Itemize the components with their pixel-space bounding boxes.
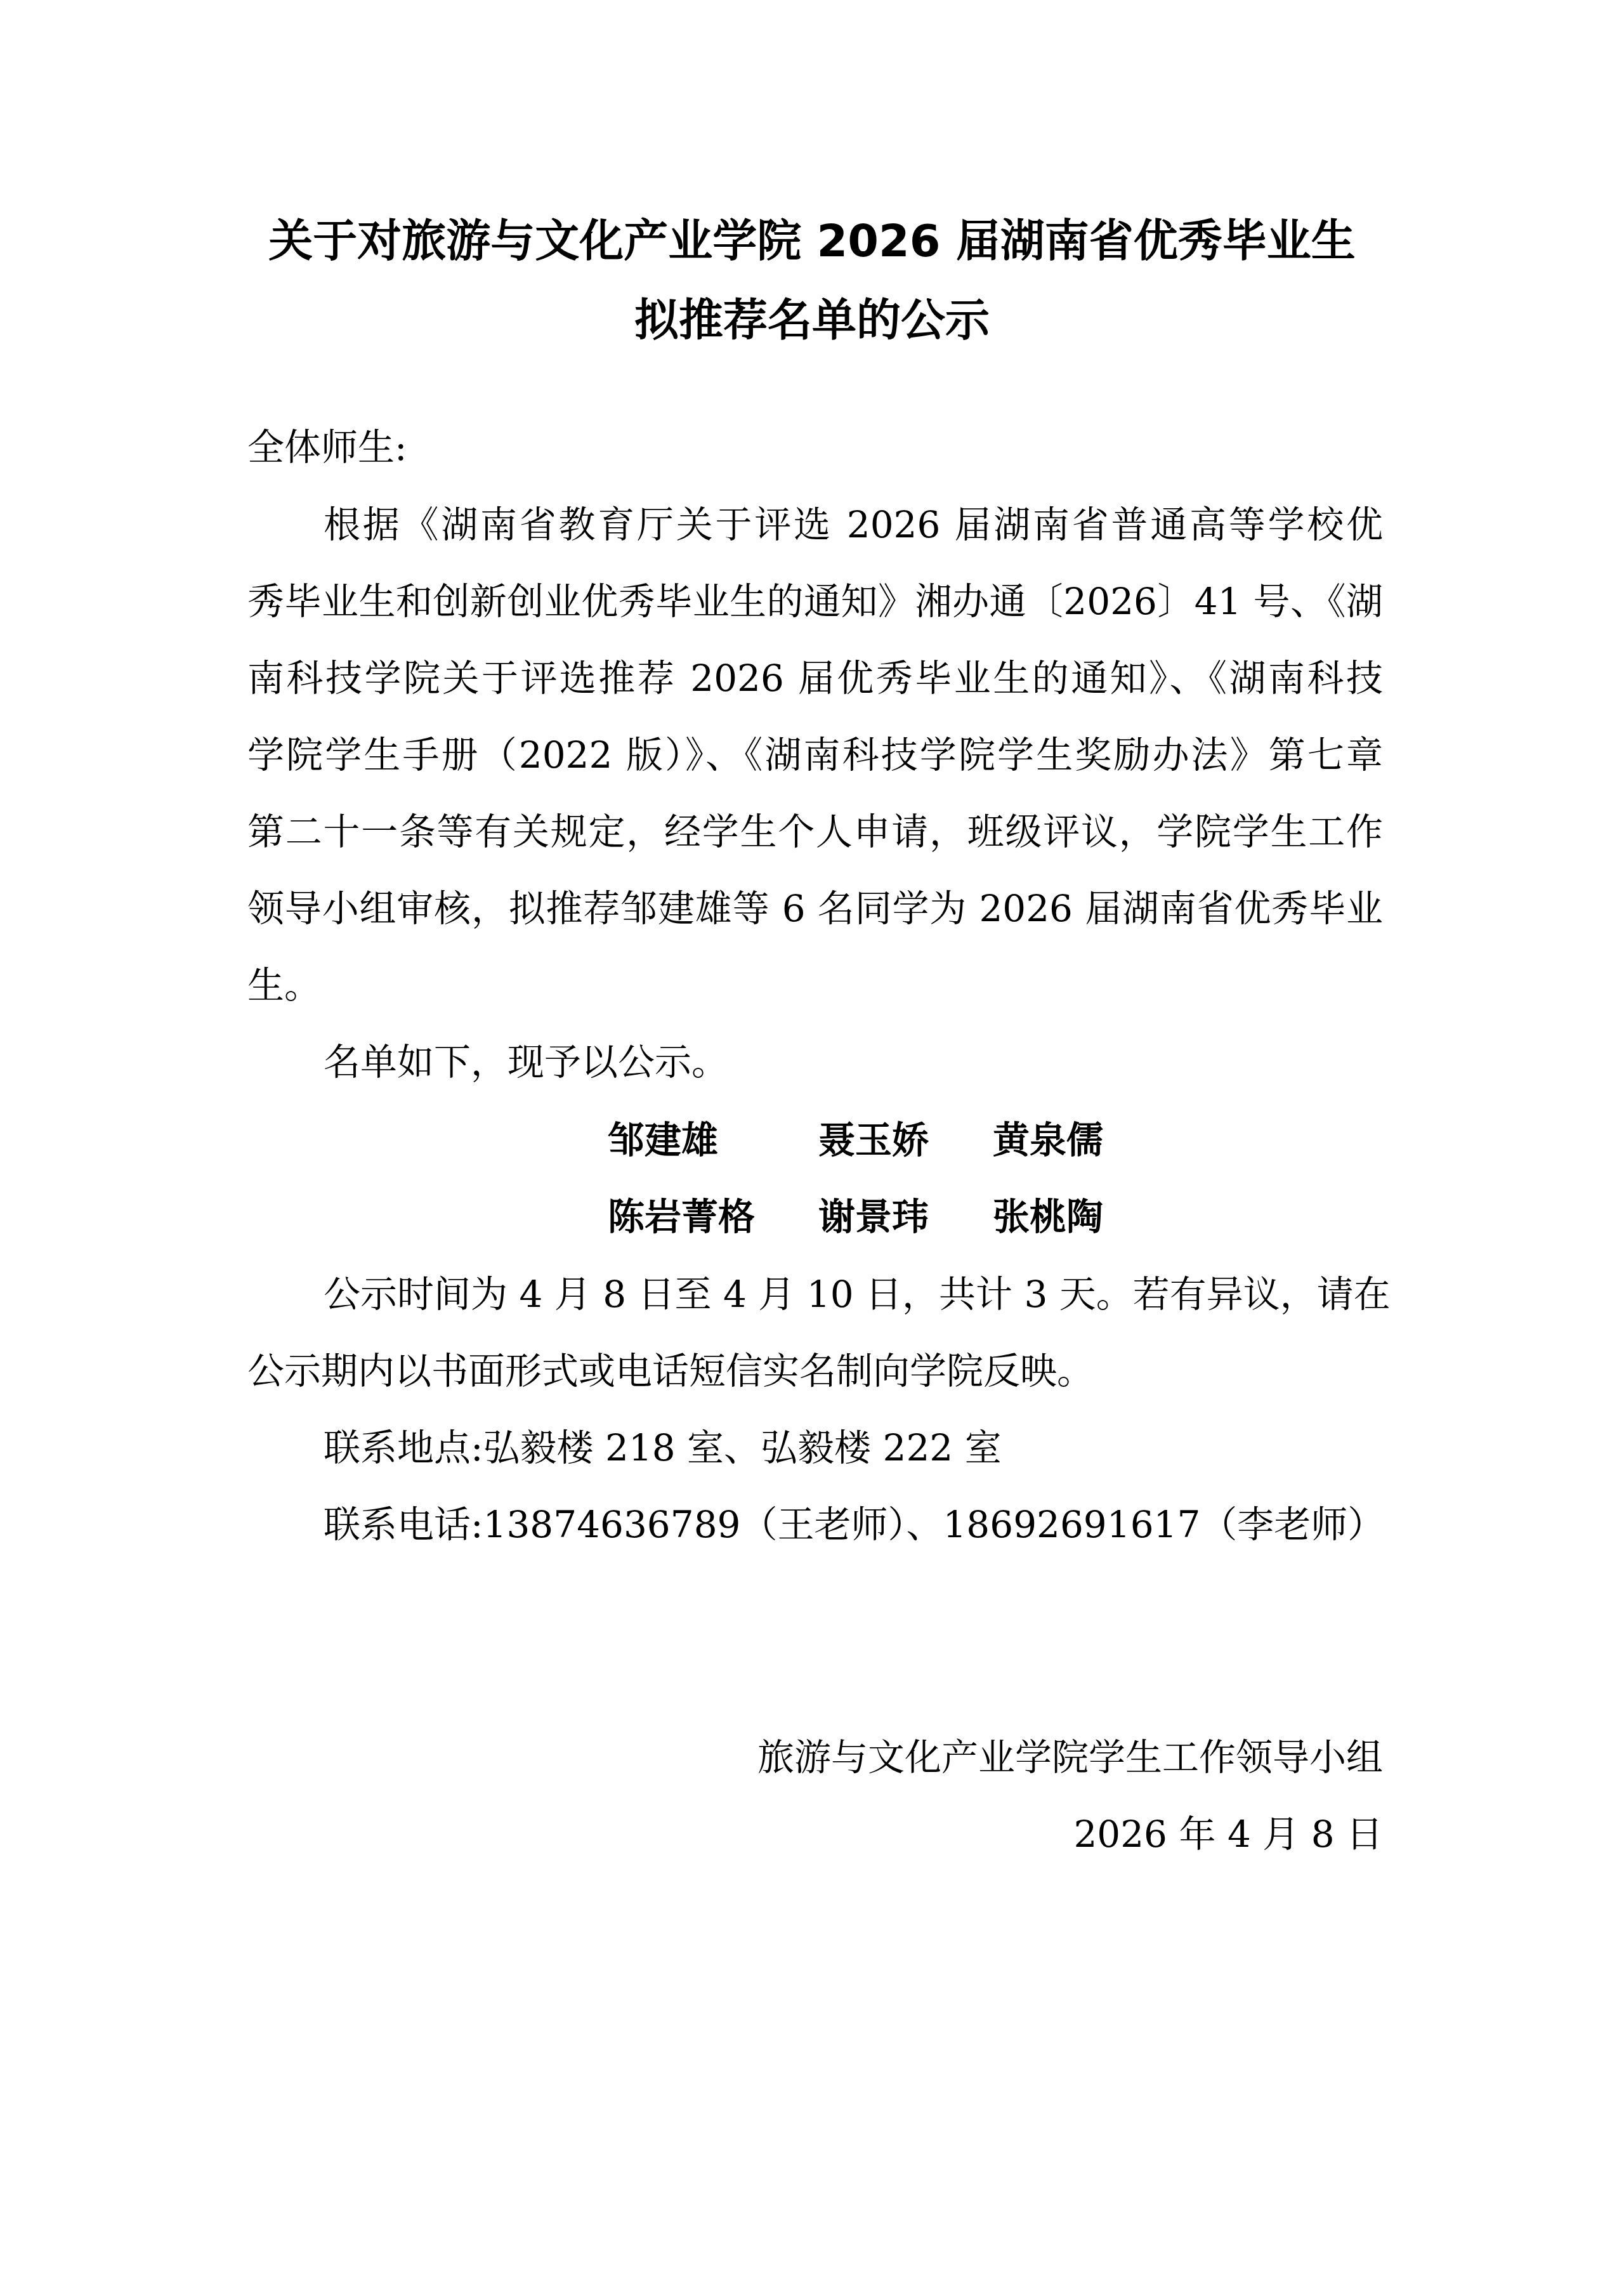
- salutation: 全体师生:: [247, 425, 1383, 469]
- body-line: 根据《湖南省教育厅关于评选 2026 届湖南省普通高等学校优: [324, 502, 1383, 547]
- nominee-name: 邹建雄: [608, 1118, 718, 1162]
- body-line: 生。: [247, 963, 1383, 1007]
- document-page: 关于对旅游与文化产业学院 2026 届湖南省优秀毕业生 拟推荐名单的公示 全体师…: [0, 0, 1624, 2296]
- nominee-name: 聂玉娇: [818, 1118, 929, 1162]
- list-intro: 名单如下，现予以公示。: [324, 1040, 1383, 1084]
- body-line: 秀毕业生和创新创业优秀毕业生的通知》湘办通〔2026〕41 号、《湖: [247, 579, 1383, 624]
- body-line: 南科技学院关于评选推荐 2026 届优秀毕业生的通知》、《湖南科技: [247, 656, 1383, 700]
- signature-organization: 旅游与文化产业学院学生工作领导小组: [757, 1735, 1383, 1780]
- nominee-name: 张桃陶: [993, 1195, 1103, 1239]
- nominee-name: 谢景玮: [818, 1195, 929, 1239]
- nominee-name: 黄泉儒: [993, 1118, 1103, 1162]
- contact-address: 联系地点:弘毅楼 218 室、弘毅楼 222 室: [324, 1426, 1383, 1470]
- nominee-name: 陈岩菁格: [608, 1195, 755, 1239]
- notice-line: 公示期内以书面形式或电话短信实名制向学院反映。: [247, 1349, 1383, 1393]
- body-line: 领导小组审核，拟推荐邹建雄等 6 名同学为 2026 届湖南省优秀毕业: [247, 886, 1383, 931]
- notice-line: 公示时间为 4 月 8 日至 4 月 10 日，共计 3 天。若有异议，请在: [324, 1272, 1383, 1316]
- document-title-line-1: 关于对旅游与文化产业学院 2026 届湖南省优秀毕业生: [0, 216, 1624, 266]
- body-line: 第二十一条等有关规定，经学生个人申请，班级评议，学院学生工作: [247, 810, 1383, 854]
- contact-phone: 联系电话:13874636789（王老师）、18692691617（李老师）: [324, 1502, 1383, 1547]
- body-line: 学院学生手册（2022 版）》、《湖南科技学院学生奖励办法》第七章: [247, 733, 1383, 777]
- signature-date: 2026 年 4 月 8 日: [1073, 1812, 1383, 1856]
- document-title-line-2: 拟推荐名单的公示: [0, 295, 1624, 346]
